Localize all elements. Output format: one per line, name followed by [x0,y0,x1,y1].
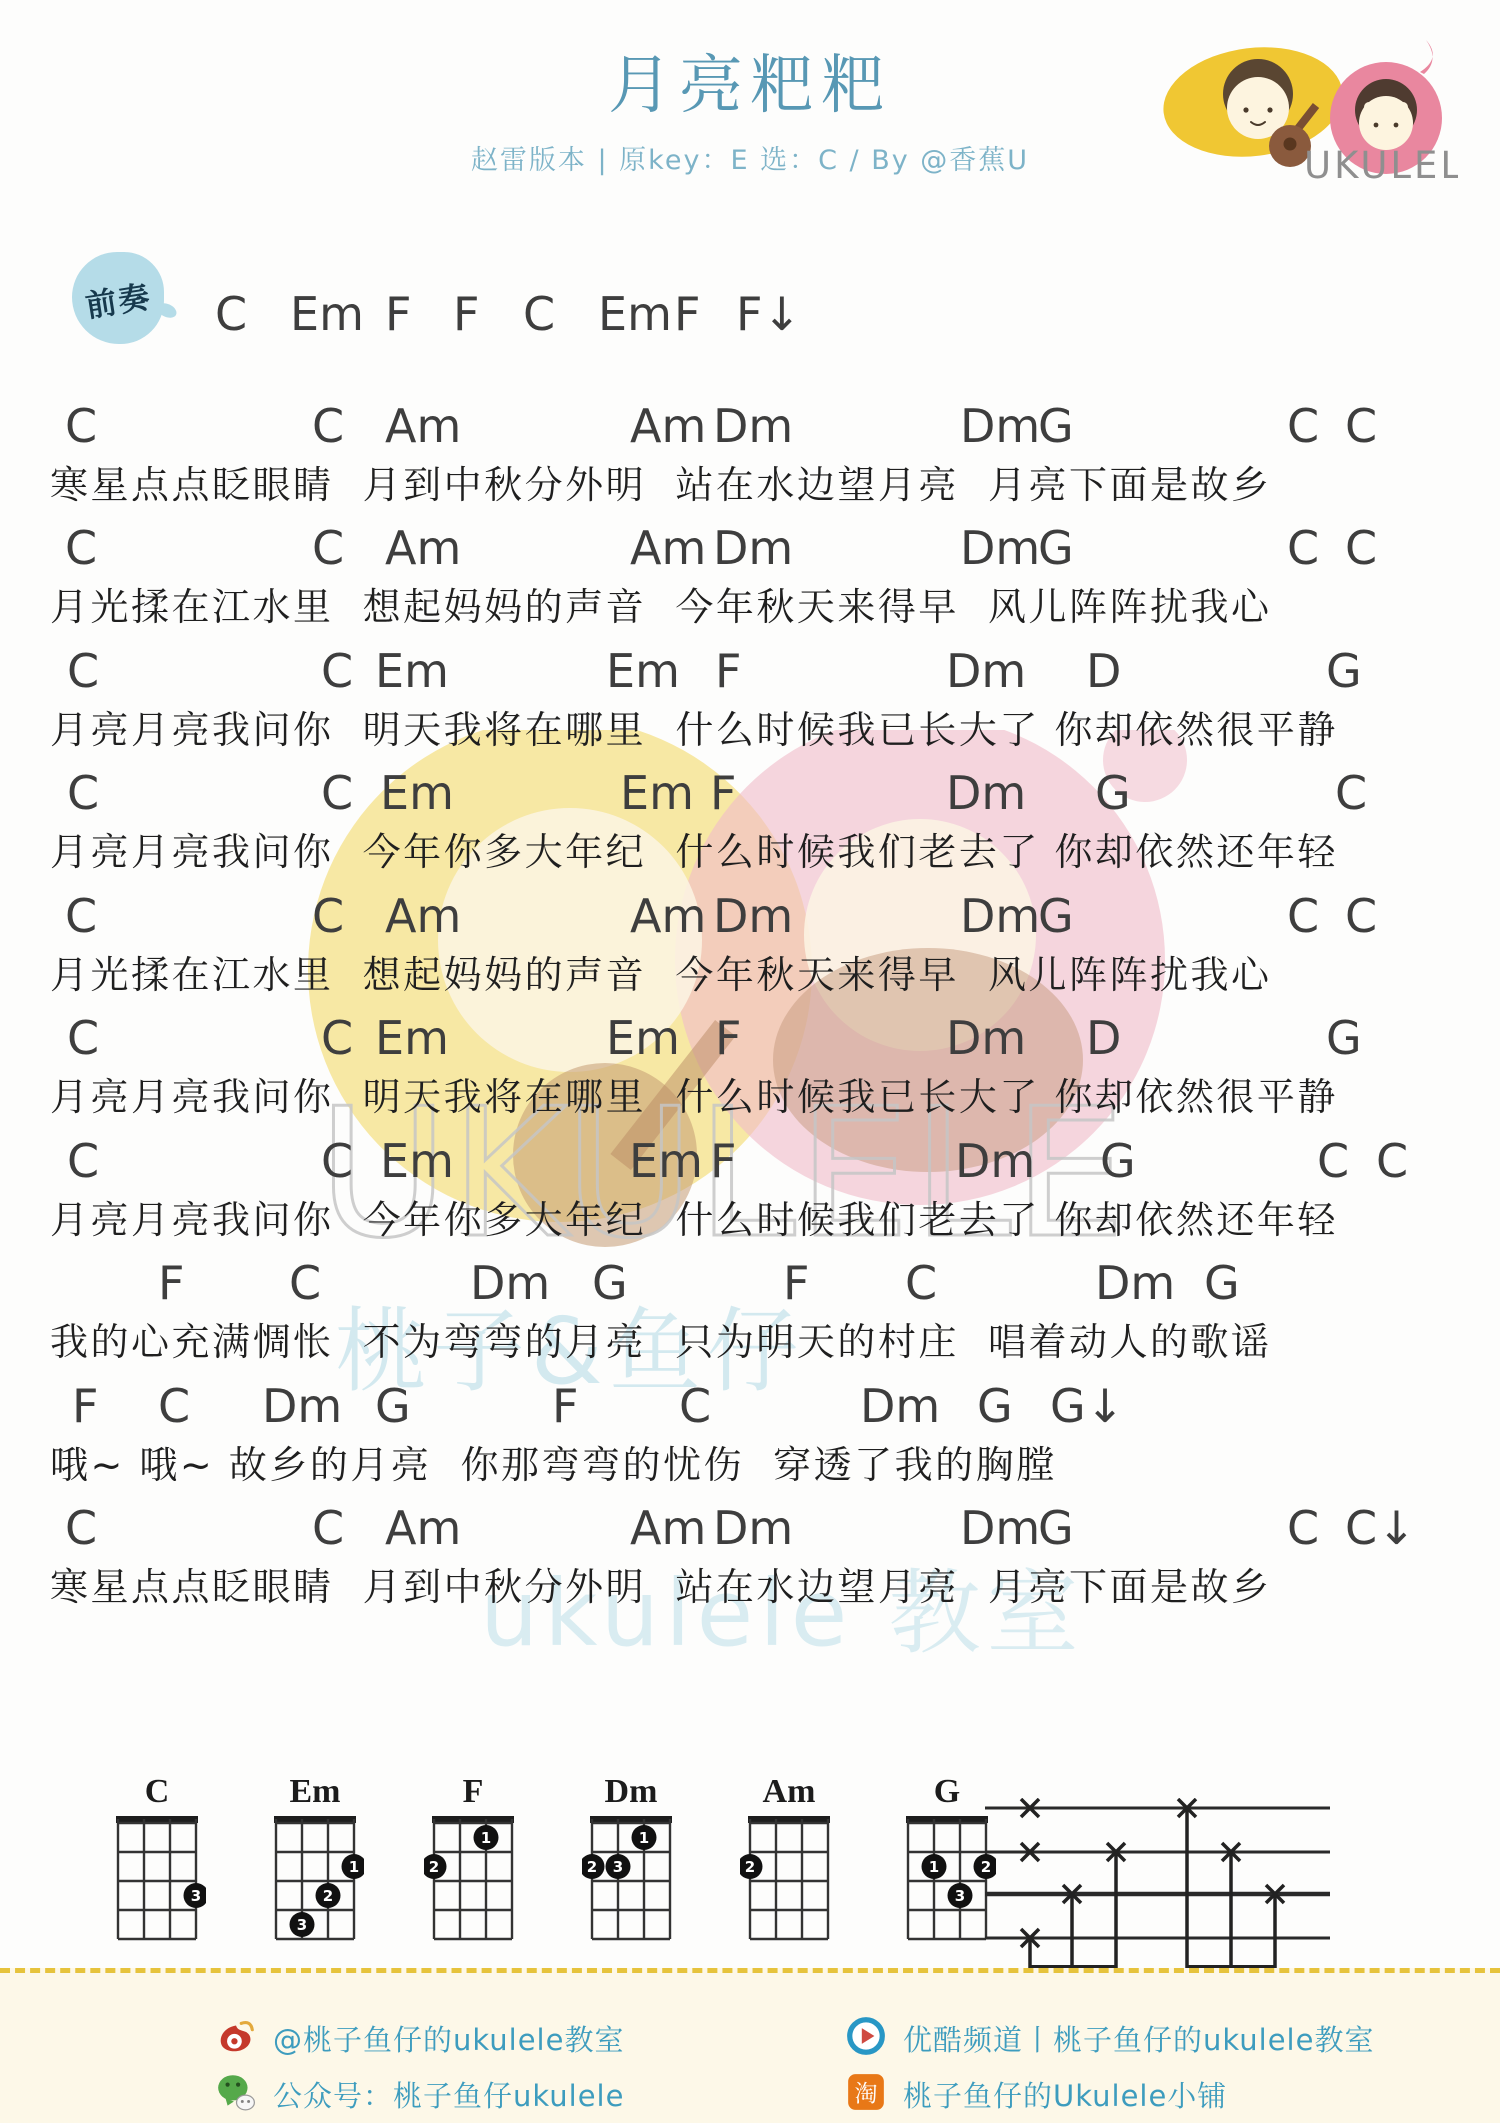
chord-symbol: C [158,1380,190,1432]
chord-symbol: D [1086,645,1121,697]
chord-row: FCDmGFCDmGG↓ [50,1380,1460,1432]
chord-row: CCEmEmFDmGCC [50,1135,1460,1187]
chord-symbol: Am [385,890,461,942]
chord-symbol: C [67,1135,99,1187]
fretboard: 123 [582,1812,680,1946]
intro-chord-symbol: C [215,286,247,342]
footer-item-text: 公众号：桃子鱼仔ukulele [273,2074,624,2115]
fretboard: 123 [898,1812,996,1946]
chord-symbol: C [67,767,99,819]
chord-row: CCAmAmDmDmGCC↓ [50,1502,1460,1554]
chord-symbol: G [1038,1502,1074,1554]
chord-row: FCDmGFCDmG [50,1257,1460,1309]
chord-symbol: Em [380,1135,454,1187]
fretboard-holder: 3 [108,1812,206,1950]
chord-diagram-Dm: Dm123 [582,1772,680,1950]
chord-symbol: F [72,1380,98,1432]
footer-item-text: 桃子鱼仔的Ukulele小铺 [903,2074,1227,2115]
chord-symbol: G [977,1380,1013,1432]
song-line-6: CCEmEmFDmDG月亮月亮我问你 明天我将在哪里 什么时候我已长大了 你却依… [50,1012,1460,1134]
chord-symbol: G [1095,767,1131,819]
logo-art: UKULELE [1158,30,1458,185]
ukulele-studio-logo: UKULELE [1158,30,1458,189]
chord-symbol: Em [606,1012,680,1064]
chord-symbol: G [1038,890,1074,942]
fretboard-holder: 12 [424,1812,522,1950]
chord-symbol: F [552,1380,578,1432]
footer-item-weibo: @桃子鱼仔的ukulele教室 [215,2015,624,2061]
svg-text:2: 2 [429,1858,439,1876]
chord-row: CCEmEmFDmGC [50,767,1460,819]
chord-symbol: Dm [960,1502,1040,1554]
chord-symbol: C↓ [1345,1502,1416,1554]
lyric-line: 月光揉在江水里 想起妈妈的声音 今年秋天来得早 风儿阵阵扰我心 [50,948,1460,1002]
svg-text:2: 2 [745,1858,755,1876]
chord-symbol: C [289,1257,321,1309]
chord-diagram-G: G123 [898,1772,996,1950]
lyric-line: 我的心充满惆怅 不为弯弯的月亮 只为明天的村庄 唱着动人的歌谣 [50,1315,1460,1369]
chord-symbol: F [715,645,741,697]
chord-diagram-name: Dm [582,1772,680,1812]
chord-row: CCAmAmDmDmGCC [50,400,1460,452]
chord-symbol: Dm [960,522,1040,574]
chord-symbol: C [67,1012,99,1064]
fretboard: 123 [266,1812,364,1946]
svg-text:2: 2 [323,1887,333,1905]
chord-symbol: C [67,645,99,697]
chord-symbol: G↓ [1050,1380,1124,1432]
chord-symbol: F [710,767,736,819]
chord-symbol: C [312,890,344,942]
chord-symbol: C [321,645,353,697]
chord-symbol: Dm [1095,1257,1175,1309]
chord-symbol: Dm [713,400,793,452]
fretboard: 3 [108,1812,206,1946]
fretboard-holder: 123 [898,1812,996,1950]
lyric-line: 哦~ 哦~ 故乡的月亮 你那弯弯的忧伤 穿透了我的胸膛 [50,1438,1460,1492]
intro-chord-symbol: F [385,286,411,342]
chord-symbol: G [1204,1257,1240,1309]
chord-diagram-Am: Am2 [740,1772,838,1950]
chord-diagram-Em: Em123 [266,1772,364,1950]
chord-sheet-page: UKULELE 桃子&鱼仔 ukulele 教室 月亮粑粑 赵雷版本 | 原ke… [0,0,1500,2123]
chord-symbol: Em [380,767,454,819]
chord-symbol: G [1100,1135,1136,1187]
chord-symbol: C [321,1135,353,1187]
chord-diagram-row: C3Em123F12Dm123Am2G123 [108,1772,996,1950]
lyric-line: 月亮月亮我问你 明天我将在哪里 什么时候我已长大了 你却依然很平静 [50,703,1460,757]
lyric-line: 月亮月亮我问你 今年你多大年纪 什么时候我们老去了 你却依然还年轻 [50,1193,1460,1247]
song-line-5: CCAmAmDmDmGCC月光揉在江水里 想起妈妈的声音 今年秋天来得早 风儿阵… [50,890,1460,1012]
chord-diagram-C: C3 [108,1772,206,1950]
svg-text:3: 3 [297,1916,307,1934]
svg-text:1: 1 [929,1858,939,1876]
chord-symbol: Dm [860,1380,940,1432]
intro-chord-symbol: Em [598,286,672,342]
chord-symbol: C [1287,890,1319,942]
chord-symbol: Am [630,522,706,574]
chord-symbol: Dm [713,522,793,574]
footer-item-wechat: 公众号：桃子鱼仔ukulele [215,2071,624,2117]
chord-diagram-F: F12 [424,1772,522,1950]
chord-symbol: C [65,522,97,574]
chord-symbol: Em [620,767,694,819]
chord-symbol: F [710,1135,736,1187]
chord-symbol: C [1345,522,1377,574]
intro-chord-symbol: F↓ [736,286,801,342]
chord-symbol: C [1376,1135,1408,1187]
chord-symbol: Dm [946,1012,1026,1064]
chord-symbol: F [158,1257,184,1309]
chord-diagram-name: Am [740,1772,838,1812]
lyric-line: 月亮月亮我问你 明天我将在哪里 什么时候我已长大了 你却依然很平静 [50,1070,1460,1124]
svg-text:1: 1 [481,1829,491,1847]
chord-symbol: G [1038,522,1074,574]
chord-row: CCAmAmDmDmGCC [50,522,1460,574]
song-line-8: FCDmGFCDmG我的心充满惆怅 不为弯弯的月亮 只为明天的村庄 唱着动人的歌… [50,1257,1460,1379]
song-line-3: CCEmEmFDmDG月亮月亮我问你 明天我将在哪里 什么时候我已长大了 你却依… [50,645,1460,767]
chord-symbol: Em [375,1012,449,1064]
footer-item-taobao: 淘桃子鱼仔的Ukulele小铺 [845,2071,1227,2117]
svg-text:1: 1 [639,1829,649,1847]
chord-symbol: Em [606,645,680,697]
chord-symbol: C [65,1502,97,1554]
lyric-line: 月光揉在江水里 想起妈妈的声音 今年秋天来得早 风儿阵阵扰我心 [50,580,1460,634]
chord-diagram-name: G [898,1772,996,1812]
lyric-line: 寒星点点眨眼睛 月到中秋分外明 站在水边望月亮 月亮下面是故乡 [50,458,1460,512]
footer-item-youku: 优酷频道丨桃子鱼仔的ukulele教室 [845,2015,1374,2061]
chord-symbol: C [65,890,97,942]
song-line-10: CCAmAmDmDmGCC↓寒星点点眨眼睛 月到中秋分外明 站在水边望月亮 月亮… [50,1502,1460,1624]
fretboard-holder: 2 [740,1812,838,1950]
chord-symbol: C [312,1502,344,1554]
chord-symbol: C [1287,522,1319,574]
footer-item-text: 优酷频道丨桃子鱼仔的ukulele教室 [903,2018,1374,2059]
intro-chord-line: CEmFFCEmFF↓ [0,286,1500,342]
intro-chord-symbol: C [523,286,555,342]
chord-symbol: C [312,522,344,574]
song-line-9: FCDmGFCDmGG↓哦~ 哦~ 故乡的月亮 你那弯弯的忧伤 穿透了我的胸膛 [50,1380,1460,1502]
song-line-1: CCAmAmDmDmGCC寒星点点眨眼睛 月到中秋分外明 站在水边望月亮 月亮下… [50,400,1460,522]
strumming-pattern-tab [985,1798,1330,1983]
footer: @桃子鱼仔的ukulele教室公众号：桃子鱼仔ukulele优酷频道丨桃子鱼仔的… [0,1968,1500,2123]
chord-symbol: G [592,1257,628,1309]
chord-symbol: C [1345,400,1377,452]
youku-icon [845,2015,887,2061]
footer-item-text: @桃子鱼仔的ukulele教室 [273,2018,624,2059]
taobao-icon: 淘 [845,2071,887,2117]
svg-text:3: 3 [191,1887,201,1905]
intro-chord-symbol: F [453,286,479,342]
svg-text:1: 1 [349,1858,359,1876]
chord-symbol: Dm [262,1380,342,1432]
chord-symbol: Am [630,400,706,452]
chord-symbol: Am [385,522,461,574]
chord-symbol: Dm [946,767,1026,819]
chord-diagram-name: C [108,1772,206,1812]
svg-text:3: 3 [955,1887,965,1905]
lyric-line: 月亮月亮我问你 今年你多大年纪 什么时候我们老去了 你却依然还年轻 [50,825,1460,879]
chord-symbol: Dm [470,1257,550,1309]
fretboard: 2 [740,1812,838,1946]
song-line-2: CCAmAmDmDmGCC月光揉在江水里 想起妈妈的声音 今年秋天来得早 风儿阵… [50,522,1460,644]
chord-symbol: Am [385,400,461,452]
lyric-line: 寒星点点眨眼睛 月到中秋分外明 站在水边望月亮 月亮下面是故乡 [50,1560,1460,1614]
chord-symbol: G [1038,400,1074,452]
chord-symbol: Dm [960,400,1040,452]
chord-diagram-name: F [424,1772,522,1812]
chord-symbol: C [312,400,344,452]
chord-symbol: Am [385,1502,461,1554]
chord-symbol: Am [630,890,706,942]
chord-symbol: Em [375,645,449,697]
chord-symbol: Em [629,1135,703,1187]
chord-symbol: G [1326,1012,1362,1064]
chord-symbol: C [1345,890,1377,942]
chord-symbol: G [1326,645,1362,697]
chord-symbol: D [1086,1012,1121,1064]
wechat-icon [215,2071,257,2117]
intro-chord-symbol: Em [290,286,364,342]
chord-symbol: Dm [955,1135,1035,1187]
chord-symbol: C [65,400,97,452]
svg-text:2: 2 [587,1858,597,1876]
chord-symbol: Dm [946,645,1026,697]
chord-symbol: C [321,767,353,819]
chord-symbol: C [905,1257,937,1309]
svg-text:3: 3 [613,1858,623,1876]
fretboard-holder: 123 [266,1812,364,1950]
chord-symbol: F [715,1012,741,1064]
chord-symbol: C [1317,1135,1349,1187]
chord-symbol: C [1287,400,1319,452]
intro-chord-symbol: F [674,286,700,342]
chord-symbol: G [375,1380,411,1432]
svg-text:淘: 淘 [854,2081,877,2107]
chord-symbol: F [783,1257,809,1309]
fretboard-holder: 123 [582,1812,680,1950]
chord-symbol: Dm [960,890,1040,942]
chord-diagram-name: Em [266,1772,364,1812]
chord-symbol: C [321,1012,353,1064]
fretboard: 12 [424,1812,522,1946]
weibo-icon [215,2015,257,2061]
chord-symbol: Dm [713,890,793,942]
chord-symbol: Am [630,1502,706,1554]
song-line-4: CCEmEmFDmGC月亮月亮我问你 今年你多大年纪 什么时候我们老去了 你却依… [50,767,1460,889]
chord-symbol: C [1335,767,1367,819]
svg-text:UKULELE: UKULELE [1304,144,1458,185]
song-line-7: CCEmEmFDmGCC月亮月亮我问你 今年你多大年纪 什么时候我们老去了 你却… [50,1135,1460,1257]
chord-symbol: C [1287,1502,1319,1554]
chord-row: CCEmEmFDmDG [50,645,1460,697]
chord-symbol: Dm [713,1502,793,1554]
chord-row: CCAmAmDmDmGCC [50,890,1460,942]
chord-row: CCEmEmFDmDG [50,1012,1460,1064]
chord-symbol: C [679,1380,711,1432]
